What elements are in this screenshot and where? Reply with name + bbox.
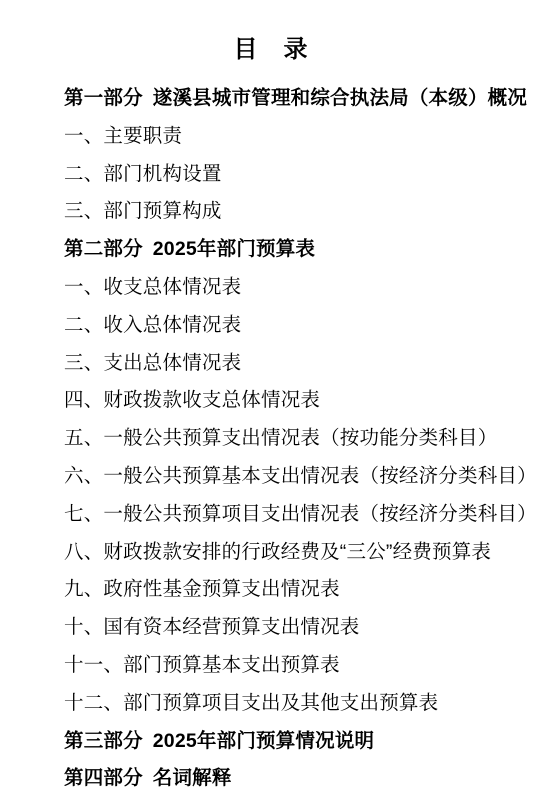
toc-part1-heading: 第一部分 遂溪县城市管理和综合执法局（本级）概况 (64, 80, 524, 118)
toc-title: 目 录 (0, 0, 542, 66)
toc-item: 三、支出总体情况表 (64, 345, 524, 383)
toc-item: 二、部门机构设置 (64, 156, 524, 194)
toc-item: 三、部门预算构成 (64, 193, 524, 231)
toc-item: 七、一般公共预算项目支出情况表（按经济分类科目） (64, 496, 524, 534)
toc-item: 十一、部门预算基本支出预算表 (64, 647, 524, 685)
toc-part3-heading: 第三部分 2025年部门预算情况说明 (64, 723, 524, 761)
toc-item: 九、政府性基金预算支出情况表 (64, 571, 524, 609)
toc-item: 一、主要职责 (64, 118, 524, 156)
toc-item: 十二、部门预算项目支出及其他支出预算表 (64, 685, 524, 723)
toc-item: 八、财政拨款安排的行政经费及“三公”经费预算表 (64, 534, 524, 572)
toc-item: 一、收支总体情况表 (64, 269, 524, 307)
toc-part2-heading: 第二部分 2025年部门预算表 (64, 231, 524, 269)
toc-item: 六、一般公共预算基本支出情况表（按经济分类科目） (64, 458, 524, 496)
toc-item: 五、一般公共预算支出情况表（按功能分类科目） (64, 420, 524, 458)
toc-item: 十、国有资本经营预算支出情况表 (64, 609, 524, 647)
toc-item: 四、财政拨款收支总体情况表 (64, 382, 524, 420)
toc-item: 二、收入总体情况表 (64, 307, 524, 345)
toc-list: 第一部分 遂溪县城市管理和综合执法局（本级）概况 一、主要职责 二、部门机构设置… (0, 80, 542, 798)
document-page: 目 录 第一部分 遂溪县城市管理和综合执法局（本级）概况 一、主要职责 二、部门… (0, 0, 542, 805)
toc-part4-heading: 第四部分 名词解释 (64, 760, 524, 798)
